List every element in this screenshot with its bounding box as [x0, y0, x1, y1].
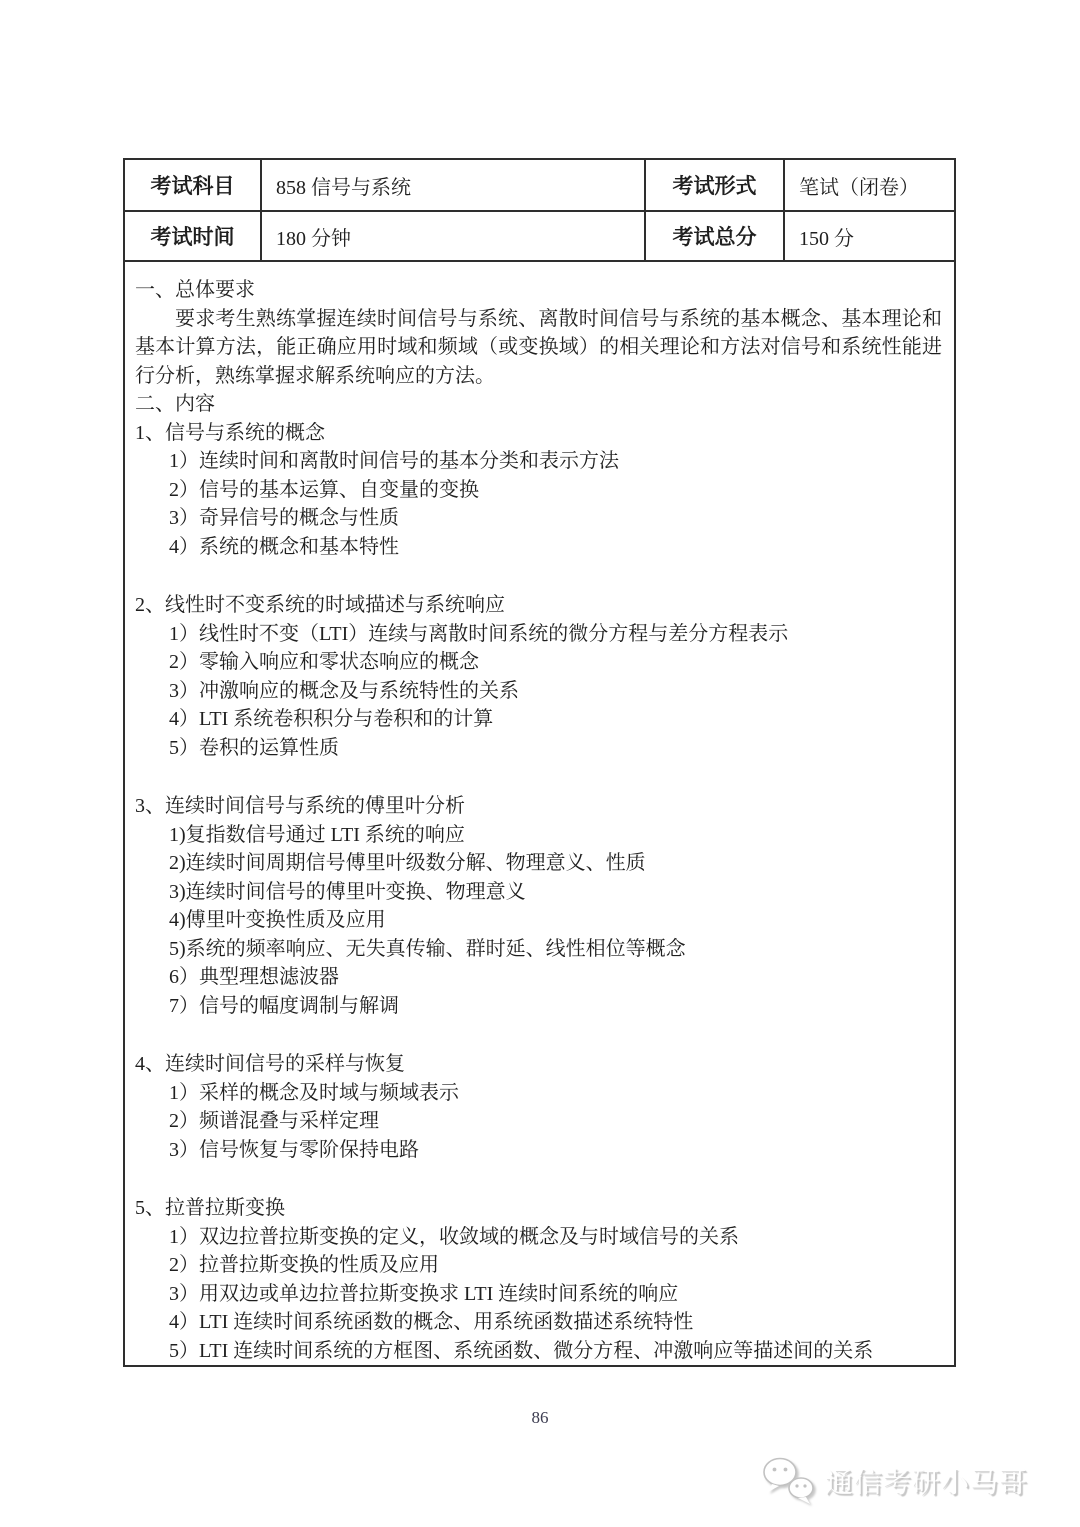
page-number: 86 [0, 1408, 1080, 1428]
watermark: 通信考研小马哥 [760, 1455, 1028, 1507]
syllabus-section: 3、连续时间信号与系统的傅里叶分析1)复指数信号通过 LTI 系统的响应2)连续… [135, 792, 942, 1020]
section-item: 1)复指数信号通过 LTI 系统的响应 [135, 821, 942, 850]
section-item: 1）采样的概念及时域与频域表示 [135, 1079, 942, 1108]
syllabus-content: 一、总体要求 要求考生熟练掌握连续时间信号与系统、离散时间信号与系统的基本概念、… [125, 262, 954, 1365]
section-item: 2)连续时间周期信号傅里叶级数分解、物理意义、性质 [135, 849, 942, 878]
section-item: 5）LTI 连续时间系统的方框图、系统函数、微分方程、冲激响应等描述间的关系 [135, 1337, 942, 1366]
exam-subject-label: 考试科目 [125, 160, 262, 212]
wechat-icon [760, 1455, 818, 1507]
section-item: 3）用双边或单边拉普拉斯变换求 LTI 连续时间系统的响应 [135, 1280, 942, 1309]
exam-duration-value: 180 分钟 [262, 212, 646, 262]
section-title: 2、线性时不变系统的时域描述与系统响应 [135, 591, 942, 620]
overview-paragraph: 要求考生熟练掌握连续时间信号与系统、离散时间信号与系统的基本概念、基本理论和基本… [135, 305, 942, 391]
syllabus-section: 5、拉普拉斯变换1）双边拉普拉斯变换的定义，收敛域的概念及与时域信号的关系2）拉… [135, 1194, 942, 1365]
section-title: 1、信号与系统的概念 [135, 419, 942, 448]
syllabus-section: 4、连续时间信号的采样与恢复1）采样的概念及时域与频域表示2）频谱混叠与采样定理… [135, 1050, 942, 1164]
section-title: 3、连续时间信号与系统的傅里叶分析 [135, 792, 942, 821]
section-item: 4）LTI 连续时间系统函数的概念、用系统函数描述系统特性 [135, 1308, 942, 1337]
exam-info-grid: 考试科目 858 信号与系统 考试形式 笔试（闭卷） 考试时间 180 分钟 考… [125, 160, 954, 262]
section-item: 2）拉普拉斯变换的性质及应用 [135, 1251, 942, 1280]
section-item: 5)系统的频率响应、无失真传输、群时延、线性相位等概念 [135, 935, 942, 964]
syllabus-section: 2、线性时不变系统的时域描述与系统响应1）线性时不变（LTI）连续与离散时间系统… [135, 591, 942, 762]
section-item: 3）奇异信号的概念与性质 [135, 504, 942, 533]
content-heading: 二、内容 [135, 390, 942, 419]
section-title: 5、拉普拉斯变换 [135, 1194, 942, 1223]
section-item: 1）双边拉普拉斯变换的定义，收敛域的概念及与时域信号的关系 [135, 1223, 942, 1252]
section-item: 6）典型理想滤波器 [135, 963, 942, 992]
exam-form-label: 考试形式 [646, 160, 785, 212]
document-page: 考试科目 858 信号与系统 考试形式 笔试（闭卷） 考试时间 180 分钟 考… [0, 0, 1080, 1527]
exam-syllabus-table: 考试科目 858 信号与系统 考试形式 笔试（闭卷） 考试时间 180 分钟 考… [123, 158, 956, 1367]
section-title: 4、连续时间信号的采样与恢复 [135, 1050, 942, 1079]
exam-total-score-label: 考试总分 [646, 212, 785, 262]
sections-container: 1、信号与系统的概念1）连续时间和离散时间信号的基本分类和表示方法2）信号的基本… [135, 419, 942, 1366]
exam-subject-value: 858 信号与系统 [262, 160, 646, 212]
section-item: 4)傅里叶变换性质及应用 [135, 906, 942, 935]
section-item: 5）卷积的运算性质 [135, 734, 942, 763]
exam-total-score-value: 150 分 [785, 212, 954, 262]
section-item: 4）LTI 系统卷积积分与卷积和的计算 [135, 705, 942, 734]
overview-heading: 一、总体要求 [135, 276, 942, 305]
section-item: 1）线性时不变（LTI）连续与离散时间系统的微分方程与差分方程表示 [135, 620, 942, 649]
section-item: 1）连续时间和离散时间信号的基本分类和表示方法 [135, 447, 942, 476]
exam-form-value: 笔试（闭卷） [785, 160, 954, 212]
watermark-text: 通信考研小马哥 [825, 1461, 1028, 1501]
section-item: 2）零输入响应和零状态响应的概念 [135, 648, 942, 677]
syllabus-section: 1、信号与系统的概念1）连续时间和离散时间信号的基本分类和表示方法2）信号的基本… [135, 419, 942, 562]
section-item: 3）冲激响应的概念及与系统特性的关系 [135, 677, 942, 706]
section-item: 2）信号的基本运算、自变量的变换 [135, 476, 942, 505]
exam-duration-label: 考试时间 [125, 212, 262, 262]
section-item: 4）系统的概念和基本特性 [135, 533, 942, 562]
section-item: 2）频谱混叠与采样定理 [135, 1107, 942, 1136]
section-item: 3)连续时间信号的傅里叶变换、物理意义 [135, 878, 942, 907]
section-item: 3）信号恢复与零阶保持电路 [135, 1136, 942, 1165]
section-item: 7）信号的幅度调制与解调 [135, 992, 942, 1021]
